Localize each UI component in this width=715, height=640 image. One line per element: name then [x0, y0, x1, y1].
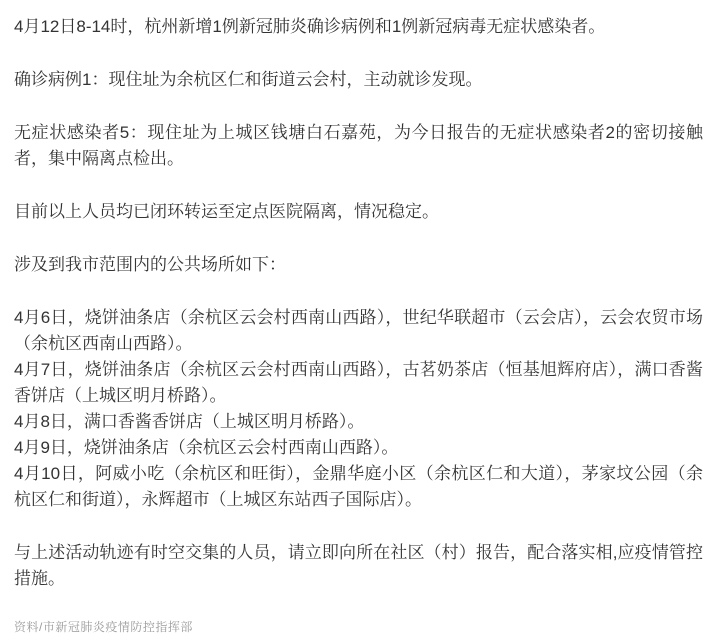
- location-entry-april-8: 4月8日，满口香酱香饼店（上城区明月桥路）。: [14, 409, 703, 435]
- paragraph-asymptomatic-case: 无症状感染者5：现住址为上城区钱塘白石嘉苑，为今日报告的无症状感染者2的密切接触…: [14, 120, 703, 172]
- paragraph-summary: 4月12日8-14时，杭州新增1例新冠肺炎确诊病例和1例新冠病毒无症状感染者。: [14, 14, 703, 40]
- location-entry-april-10: 4月10日，阿威小吃（余杭区和旺街），金鼎华庭小区（余杭区仁和大道），茅家坟公园…: [14, 461, 703, 513]
- source-credit: 资料/市新冠肺炎疫情防控指挥部: [14, 618, 703, 636]
- location-entry-april-7: 4月7日，烧饼油条店（余杭区云会村西南山西路），古茗奶茶店（恒基旭辉府店），满口…: [14, 357, 703, 409]
- paragraph-status: 目前以上人员均已闭环转运至定点医院隔离，情况稳定。: [14, 199, 703, 225]
- location-entry-april-9: 4月9日，烧饼油条店（余杭区云会村西南山西路）。: [14, 435, 703, 461]
- location-entry-april-6: 4月6日，烧饼油条店（余杭区云会村西南山西路），世纪华联超市（云会店），云会农贸…: [14, 305, 703, 357]
- article-body: 4月12日8-14时，杭州新增1例新冠肺炎确诊病例和1例新冠病毒无症状感染者。 …: [0, 0, 715, 636]
- paragraph-confirmed-case: 确诊病例1：现住址为余杭区仁和街道云会村，主动就诊发现。: [14, 67, 703, 93]
- paragraph-locations-intro: 涉及到我市范围内的公共场所如下：: [14, 252, 703, 278]
- paragraph-closing-notice: 与上述活动轨迹有时空交集的人员，请立即向所在社区（村）报告，配合落实相,应疫情管…: [14, 540, 703, 592]
- locations-list: 4月6日，烧饼油条店（余杭区云会村西南山西路），世纪华联超市（云会店），云会农贸…: [14, 305, 703, 513]
